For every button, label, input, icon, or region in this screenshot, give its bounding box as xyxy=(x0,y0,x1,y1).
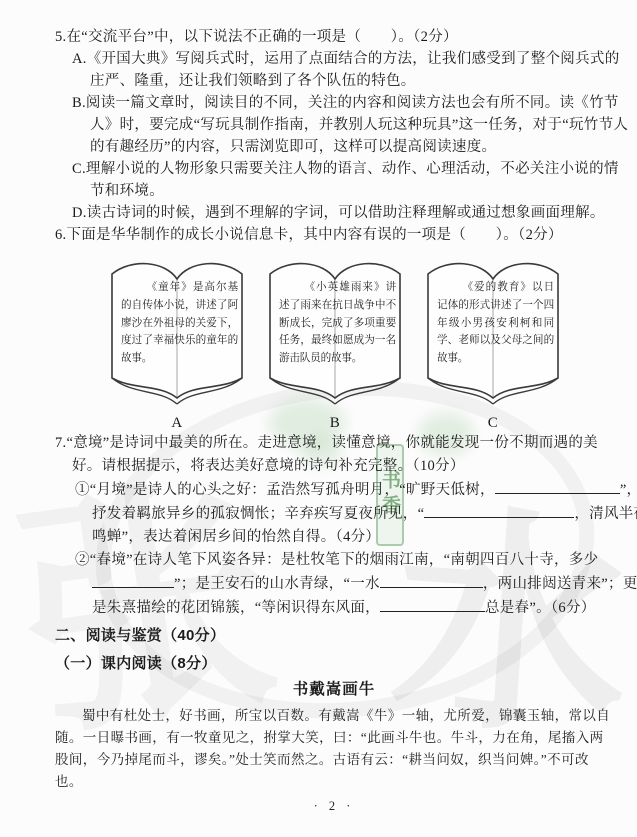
exam-page: 5.在“交流平台”中，以下说法不正确的一项是（ ）。（2分） A.《开国大典》写… xyxy=(0,0,637,837)
answer-blank[interactable] xyxy=(380,572,483,588)
q5-option-a-line: A.《开国大典》写阅兵式时，运用了点面结合的方法，让我们感受到了整个阅兵式的 xyxy=(72,48,613,70)
q5-option-c-line: C.理解小说的人物形象只需要关注人物的语言、动作、心理活动，不必关注小说的情 xyxy=(72,158,613,180)
q7-stem-line: 7.“意境”是诗词中最美的所在。走进意境，读懂意境，你就能发现一份不期而遇的美 xyxy=(55,432,613,455)
q7-text: 是朱熹描绘的花团锦簇，“等闲识得东风面， xyxy=(92,600,380,616)
q7-text: ，两山排闼送青来”；更 xyxy=(483,576,637,592)
answer-blank[interactable] xyxy=(380,596,485,612)
q7-text: ，清风半夜 xyxy=(574,506,637,522)
book-card-label: C xyxy=(420,415,566,432)
passage-line: 蜀中有杜处士，好书画，所宝以百数。有戴嵩《牛》一轴，尤所爱，锦囊玉轴，常以自 xyxy=(55,705,613,727)
q7-item2-line: ②“春境”在诗人笔下风姿各异：是杜牧笔下的烟雨江南，“南朝四百八十寺，多少 xyxy=(75,549,613,572)
q7-item1-line: ①“月境”是诗人的心头之好：孟浩然写孤舟明月，“旷野天低树，”， xyxy=(75,478,613,502)
book-card-c: 《爱的教育》以日记体的形式讲述了一个四年级小男孩安利柯和同学、老师以及父母之间的… xyxy=(420,254,566,432)
section-2-heading: 二、阅读与鉴赏（40分） xyxy=(55,623,613,648)
question-7: 7.“意境”是诗词中最美的所在。走进意境，读懂意境，你就能发现一份不期而遇的美 … xyxy=(55,432,613,620)
book-card-label: A xyxy=(104,415,250,432)
section-2-subheading: （一）课内阅读（8分） xyxy=(55,651,613,676)
passage-line: 股间，今乃掉尾而斗，谬矣。”处士笑而然之。古语有云：“耕当问奴，织当问婢。”不可… xyxy=(55,749,613,771)
book-card-a: 《童年》是高尔基的自传体小说，讲述了阿廖沙在外祖母的关爱下，度过了幸福快乐的童年… xyxy=(104,254,250,432)
book-card-text: 《爱的教育》以日记体的形式讲述了一个四年级小男孩安利柯和同学、老师以及父母之间的… xyxy=(437,279,554,384)
passage-title: 书戴嵩画牛 xyxy=(55,677,613,703)
q7-item1-line: 抒发着羁旅异乡的孤寂惆怅；辛弃疾写夏夜所见，“，清风半夜 xyxy=(92,502,613,526)
q5-option-b-line: 人》时，要完成“写玩具制作指南，并教别人玩这种玩具”这一任务，对于“玩竹节人 xyxy=(90,114,613,136)
q6-stem: 6.下面是华华制作的成长小说信息卡，其中内容有误的一项是（ ）。（2分） xyxy=(55,224,613,246)
q5-stem: 5.在“交流平台”中，以下说法不正确的一项是（ ）。（2分） xyxy=(55,26,613,48)
passage: 蜀中有杜处士，好书画，所宝以百数。有戴嵩《牛》一轴，尤所爱，锦囊玉轴，常以自 随… xyxy=(55,705,613,793)
book-card-b: 《小英雄雨来》讲述了雨来在抗日战争中不断成长，完成了多项重要任务，最终如愿成为一… xyxy=(262,254,408,432)
book-card-label: B xyxy=(262,415,408,432)
answer-blank[interactable] xyxy=(92,572,174,588)
q6-book-cards: 《童年》是高尔基的自传体小说，讲述了阿廖沙在外祖母的关爱下，度过了幸福快乐的童年… xyxy=(104,254,613,432)
question-6: 6.下面是华华制作的成长小说信息卡，其中内容有误的一项是（ ）。（2分） 《童年… xyxy=(55,224,613,432)
q7-text: 抒发着羁旅异乡的孤寂惆怅；辛弃疾写夏夜所见，“ xyxy=(92,506,424,522)
question-5: 5.在“交流平台”中，以下说法不正确的一项是（ ）。（2分） A.《开国大典》写… xyxy=(55,26,613,224)
answer-blank[interactable] xyxy=(495,478,620,494)
q5-option-b-line: 的有趣经历”的内容，只需浏览即可，这样可以提高阅读速度。 xyxy=(90,136,613,158)
q5-option-a-line: 庄严、隆重，还让我们领略到了各个队伍的特色。 xyxy=(90,70,613,92)
q7-item2-line: ”；是王安石的山水青绿，“一水，两山排闼送青来”；更 xyxy=(92,572,613,596)
answer-blank[interactable] xyxy=(424,502,574,518)
q5-option-b-line: B.阅读一篇文章时，阅读目的不同，关注的内容和阅读方法也会有所不同。读《竹节 xyxy=(72,92,613,114)
book-card-text: 《童年》是高尔基的自传体小说，讲述了阿廖沙在外祖母的关爱下，度过了幸福快乐的童年… xyxy=(121,279,238,384)
q7-item2-line: 是朱熹描绘的花团锦簇，“等闲识得东风面，总是春”。（6分） xyxy=(92,596,613,620)
q7-text: ”， xyxy=(620,482,637,498)
passage-line: 随。一日曝书画，有一牧童见之，拊掌大笑，曰：“此画斗牛也。牛斗，力在角，尾搐入两 xyxy=(55,727,613,749)
book-card-text: 《小英雄雨来》讲述了雨来在抗日战争中不断成长，完成了多项重要任务，最终如愿成为一… xyxy=(279,279,396,384)
q7-text: ①“月境”是诗人的心头之好：孟浩然写孤舟明月，“旷野天低树， xyxy=(75,482,495,498)
q7-item1-line: 鸣蝉”，表达着闲居乡间的怡然自得。（4分） xyxy=(92,526,613,549)
q7-text: ”；是王安石的山水青绿，“一水 xyxy=(174,576,380,592)
passage-line: 也。 xyxy=(55,771,613,793)
q7-stem-line: 好。请根据提示，将表达美好意境的诗句补充完整。（10分） xyxy=(72,455,613,478)
q7-text: 总是春”。（6分） xyxy=(485,600,596,616)
section-2: 二、阅读与鉴赏（40分） （一）课内阅读（8分） 书戴嵩画牛 蜀中有杜处士，好书… xyxy=(55,623,613,793)
q5-option-d-line: D.读古诗词的时候，遇到不理解的字词，可以借助注释理解或通过想象画面理解。 xyxy=(72,202,613,224)
q5-option-c-line: 节和环境。 xyxy=(90,180,613,202)
page-number: · 2 · xyxy=(55,799,613,814)
